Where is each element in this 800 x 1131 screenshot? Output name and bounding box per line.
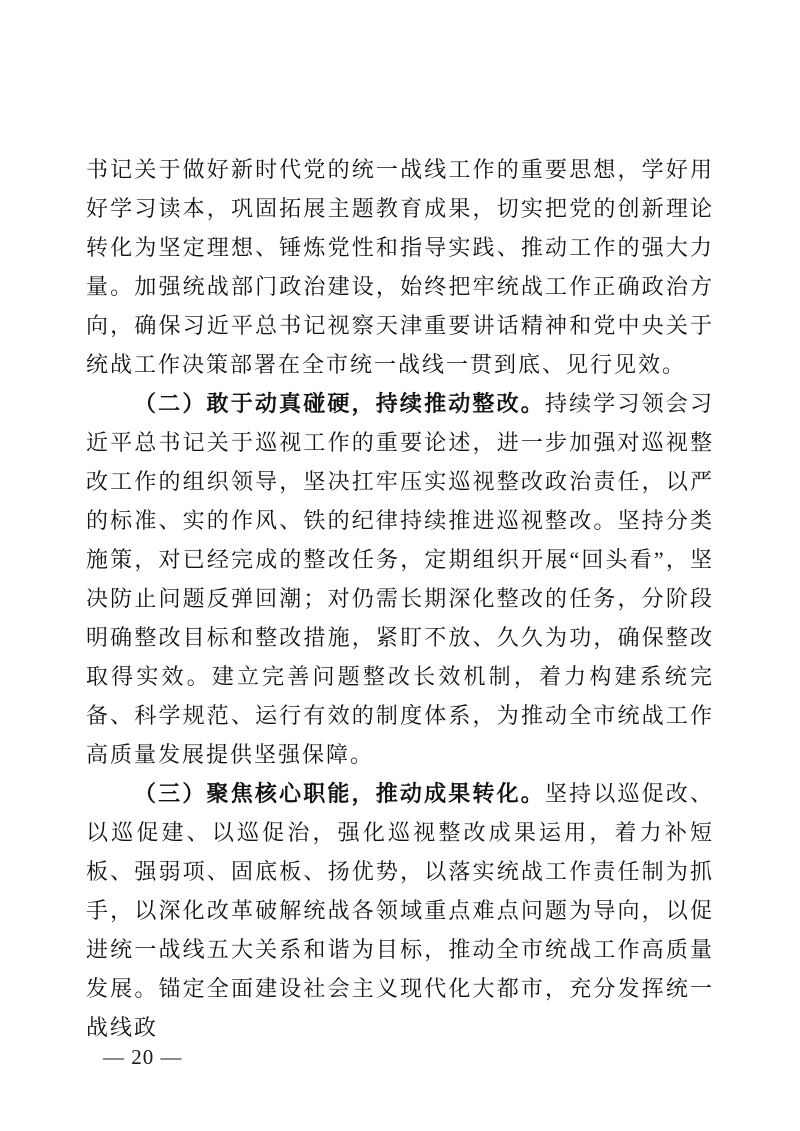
paragraph-text: 持续学习领会习近平总书记关于巡视工作的重要论述，进一步加强对巡视整改工作的组织领…: [86, 391, 714, 767]
paragraph-lead: （二）敢于动真碰硬，持续推动整改。: [134, 391, 545, 416]
paragraph: 书记关于做好新时代党的统一战线工作的重要思想，学好用好学习读本，巩固拓展主题教育…: [86, 150, 714, 384]
paragraph-text: 书记关于做好新时代党的统一战线工作的重要思想，学好用好学习读本，巩固拓展主题教育…: [86, 157, 714, 377]
page-number: — 20 —: [103, 1045, 183, 1070]
paragraph: （二）敢于动真碰硬，持续推动整改。持续学习领会习近平总书记关于巡视工作的重要论述…: [86, 384, 714, 774]
document-page: 书记关于做好新时代党的统一战线工作的重要思想，学好用好学习读本，巩固拓展主题教育…: [0, 0, 800, 1131]
paragraph-lead: （三）聚焦核心职能，推动成果转化。: [134, 781, 545, 806]
document-body: 书记关于做好新时代党的统一战线工作的重要思想，学好用好学习读本，巩固拓展主题教育…: [86, 150, 714, 1047]
paragraph: （三）聚焦核心职能，推动成果转化。坚持以巡促改、以巡促建、以巡促治，强化巡视整改…: [86, 774, 714, 1047]
paragraph-text: 坚持以巡促改、以巡促建、以巡促治，强化巡视整改成果运用，着力补短板、强弱项、固底…: [86, 781, 714, 1040]
